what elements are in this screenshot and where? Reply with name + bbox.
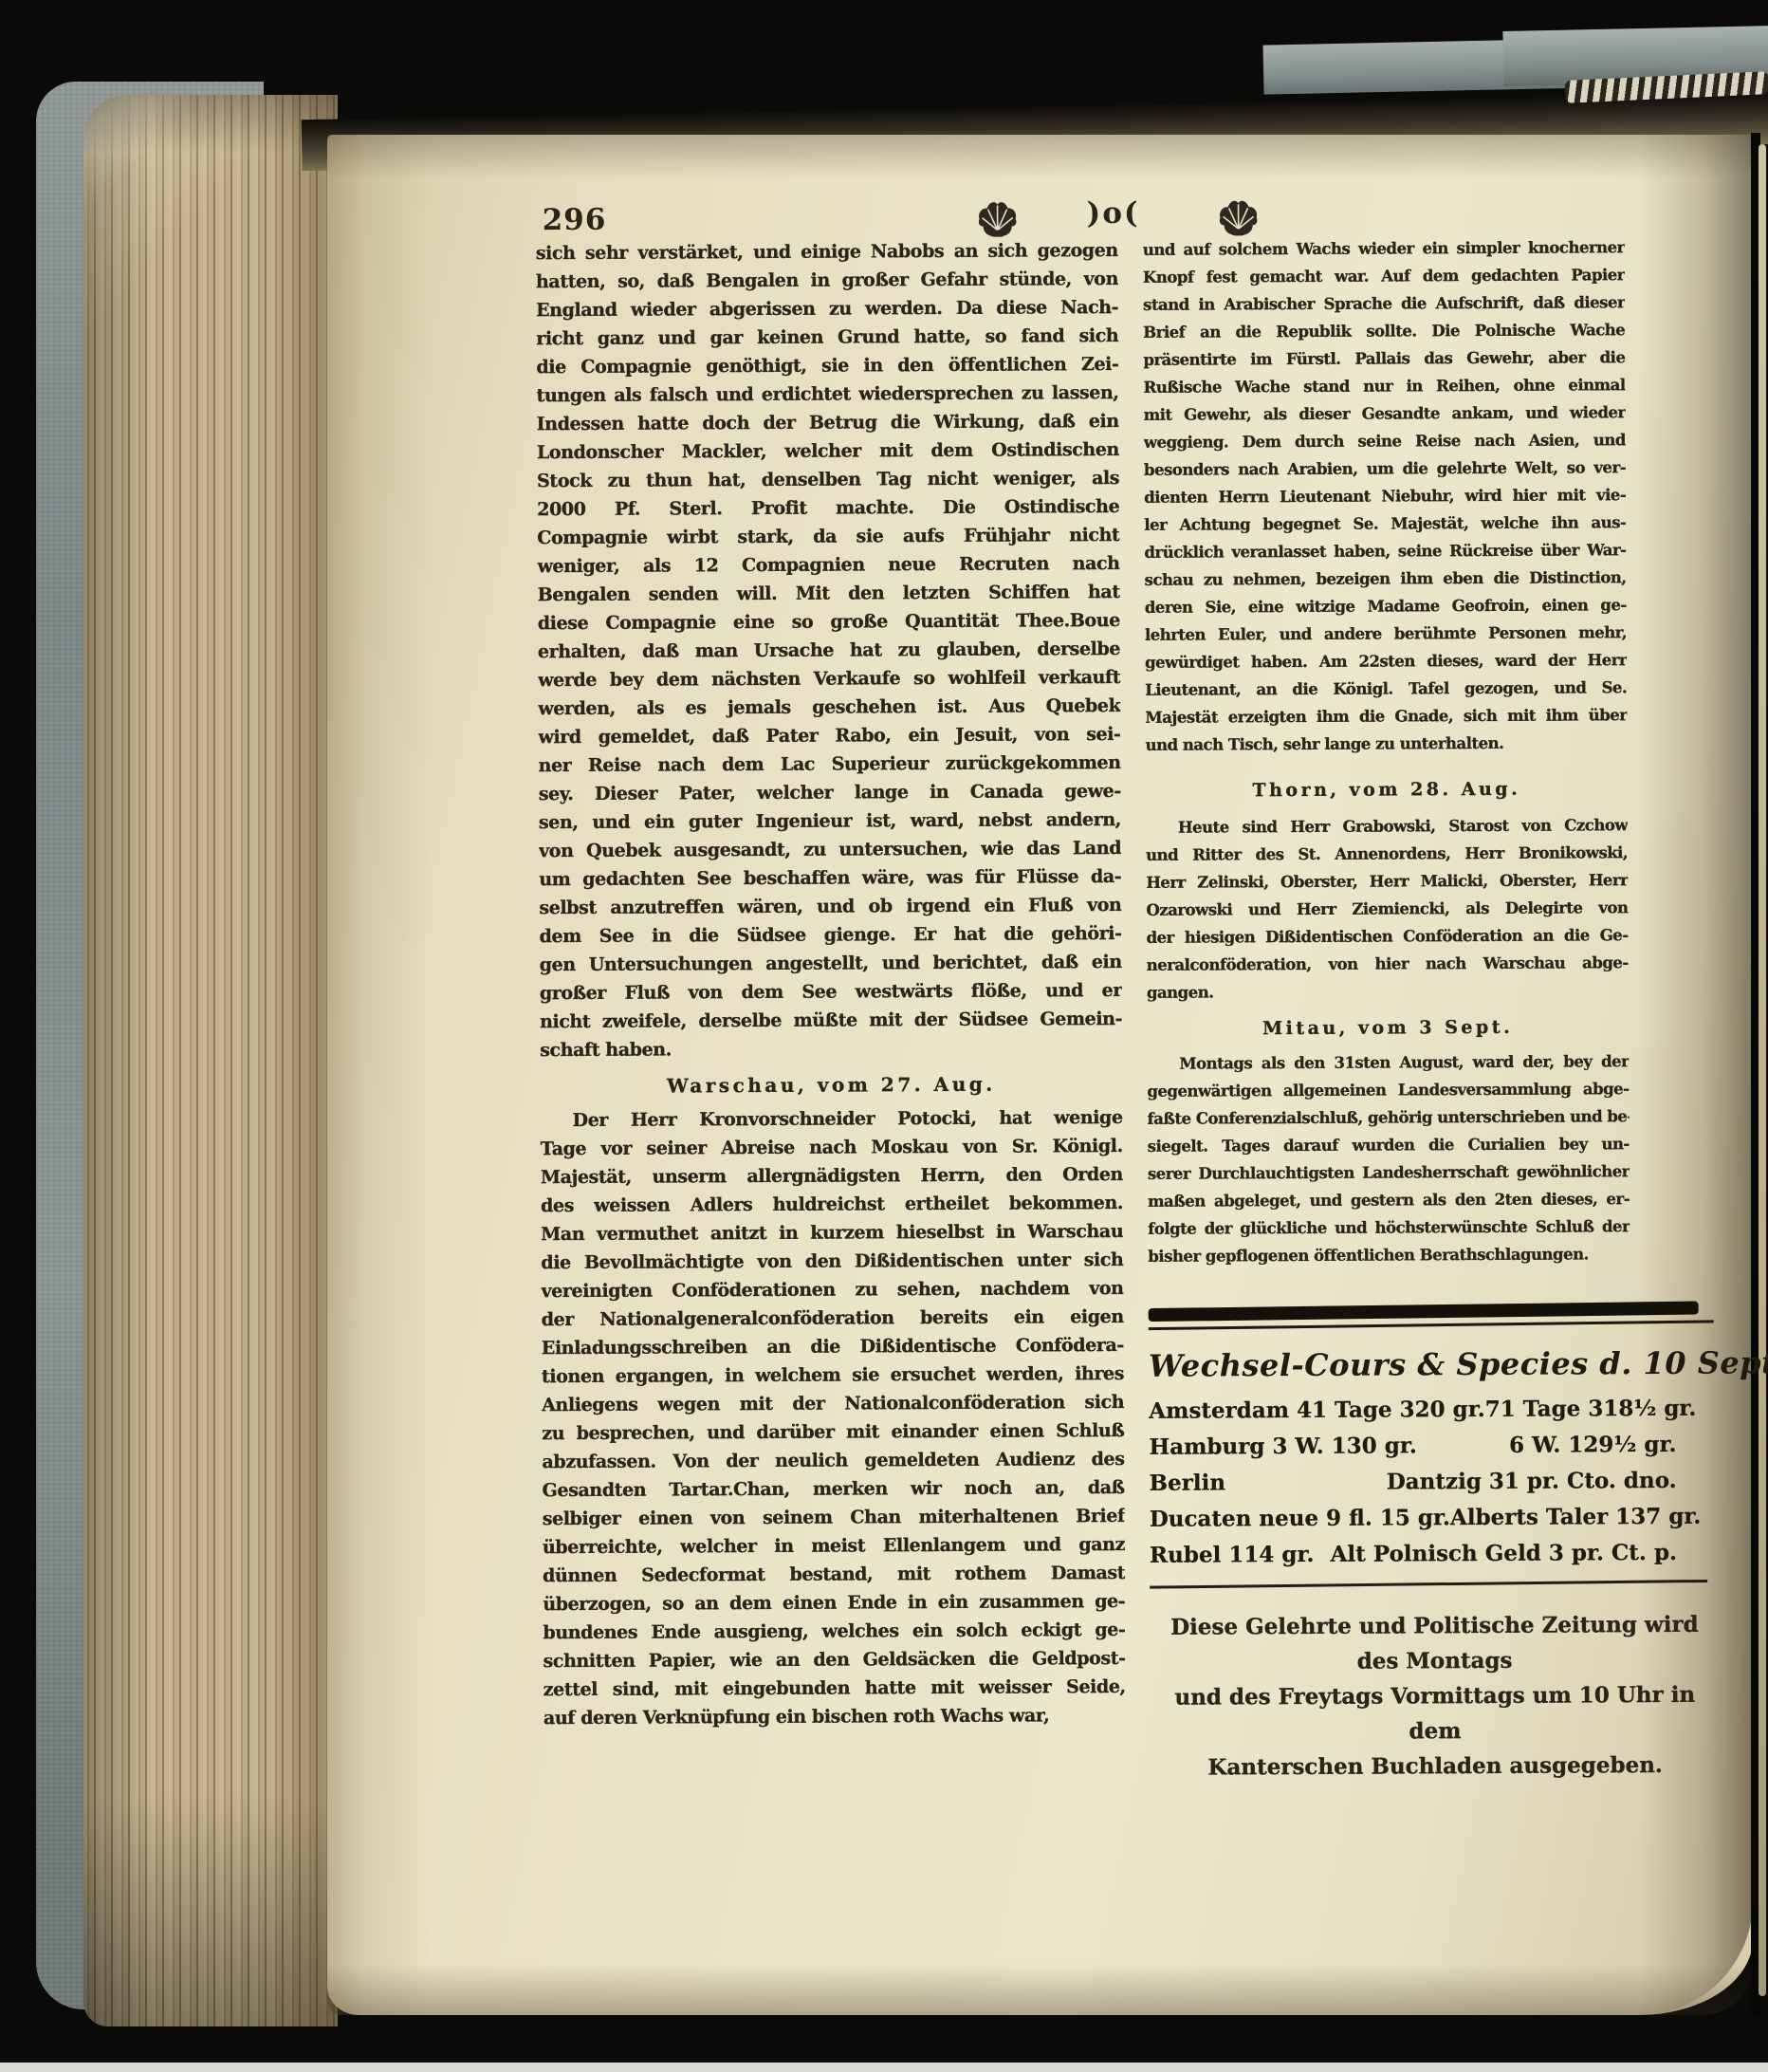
text-line: Einladungsschreiben an die Dißidentische… [542,1331,1124,1362]
text-line: von Quebek ausgesandt, zu untersuchen, w… [539,834,1121,865]
text-line: dienten Herrn Lieutenant Niebuhr, wird h… [1144,481,1626,511]
text-line: werden, als es jemals geschehen ist. Aus… [538,692,1120,723]
exchange-left-value: Berlin [1150,1470,1226,1495]
text-line: auf deren Verknüpfung ein bischen roth W… [543,1701,1126,1732]
text-line: zettel sind, mit eingebunden hatte mit w… [543,1673,1126,1704]
page-number: 296 [543,203,607,237]
fleuron-icon [1218,197,1260,237]
exchange-title: Wechsel-Cours & Species d. 10 Sept. 1767… [1149,1344,1718,1385]
text-line: und auf solchem Wachs wieder ein simpler… [1143,233,1625,264]
text-line: Majestät, unserm allergnädigsten Herrn, … [541,1160,1123,1192]
exchange-left-value: Hamburg 3 W. 130 gr. [1149,1433,1417,1459]
text-line: besonders nach Arabien, um die gelehrte … [1144,453,1626,484]
text-line: hatten, so, daß Bengalen in großer Gefah… [536,265,1118,296]
text-line: des weissen Adlers huldreichst ertheilet… [541,1189,1123,1220]
text-line: mit Gewehr, als dieser Gesandte ankam, u… [1144,398,1626,429]
text-line: Ozarowski und Herr Ziemiencki, als Deleg… [1146,894,1628,924]
text-line: vereinigten Conföderationen zu sehen, na… [541,1274,1123,1305]
imprint-line: Kanterschen Buchladen ausgegeben. [1151,1748,1720,1785]
text-line: Indessen hatte doch der Betrug die Wirku… [537,407,1119,438]
text-line: weniger, als 12 Compagnien neue Recruten… [537,549,1119,581]
text-line: die Compagnie genöthigt, sie in den öffe… [536,350,1118,381]
exchange-right-value: Alberts Taler 137 gr. [1450,1503,1702,1529]
exchange-left-value: Rubel 114 gr. [1150,1541,1315,1567]
text-line: die Bevollmächtigte von den Dißidentisch… [541,1246,1123,1277]
text-line: selbst anzutreffen wären, und ob irgend … [539,891,1121,922]
text-line: abzufassen. Von der neulich gemeldeten A… [542,1445,1124,1476]
right-text-column: und auf solchem Wachs wieder ein simpler… [1143,233,1630,1318]
text-line: gen Untersuchungen angestellt, und beric… [540,948,1122,979]
exchange-row: Ducaten neue 9 fl. 15 gr.Alberts Taler 1… [1150,1498,1677,1537]
text-line: drücklich veranlasset haben, seine Rückr… [1144,536,1626,566]
text-line: ler Achtung begegnet Se. Majestät, welch… [1144,509,1626,539]
text-line: dem See in die Südsee gienge. Er hat die… [540,919,1122,951]
text-line: und nach Tisch, sehr lange zu unterhalte… [1145,729,1627,759]
imprint-line: Diese Gelehrte und Politische Zeitung wi… [1150,1607,1719,1680]
text-line: faßte Conferenzialschluß, gehörig unters… [1148,1102,1630,1133]
exchange-right-value: 6 W. 129½ gr. [1509,1431,1677,1457]
text-line: Bengalen senden will. Mit den letzten Sc… [538,578,1120,609]
text-line: sen, und ein guter Ingenieur ist, ward, … [539,805,1121,837]
text-line: Heute sind Herr Grabowski, Starost von C… [1146,811,1628,842]
text-line: werde bey dem nächsten Verkaufe so wohlf… [538,663,1120,694]
text-line: diese Compagnie eine so große Quantität … [538,606,1120,638]
exchange-left-value: Ducaten neue 9 fl. 15 gr. [1150,1505,1450,1532]
text-line: um gedachten See beschaffen wäre, was fü… [539,862,1121,894]
text-line: präsentirte im Fürstl. Pallais das Geweh… [1143,343,1625,374]
exchange-right-value: Alt Polnisch Geld 3 pr. Ct. p. [1331,1539,1678,1566]
text-line: der hiesigen Dißidentischen Conföderatio… [1147,921,1629,952]
text-line: der Nationalgeneralconföderation bereits… [542,1303,1124,1334]
text-line: sich sehr verstärket, und einige Nabobs … [536,236,1118,268]
text-line: 2000 Pf. Sterl. Profit machte. Die Ostin… [537,492,1119,524]
text-line: schnitten Papier, wie an den Geldsäcken … [543,1644,1126,1675]
text-line: sey. Dieser Pater, welcher lange in Cana… [539,777,1121,808]
text-line: bundenes Ende ausgieng, welches ein solc… [543,1616,1125,1647]
imprint-line: und des Freytags Vormittags um 10 Uhr in… [1151,1677,1720,1750]
column-heading: Warschau, vom 27. Aug. [540,1067,1122,1102]
text-line: maßen abgeleget, und gestern als den 2te… [1148,1185,1630,1215]
text-line: Knopf fest gemacht war. Auf dem gedachte… [1143,261,1625,291]
text-line: nicht zweifele, derselbe müßte mit der S… [540,1005,1122,1036]
left-text-column: sich sehr verstärket, und einige Nabobs … [536,236,1126,1757]
text-line: Montags als den 31sten August, ward der,… [1147,1047,1629,1078]
text-line: richt ganz und gar keinen Grund hatte, s… [536,322,1118,353]
text-line: Anliegens wegen mit der Nationalconföder… [542,1388,1124,1419]
exchange-course-block: Wechsel-Cours & Species d. 10 Sept. 1767… [1149,1304,1721,1785]
text-line: gangen. [1147,976,1629,1007]
text-line: wird gemeldet, daß Pater Rabo, ein Jesui… [538,720,1120,751]
text-line: deren Sie, eine witzige Madame Geofroin,… [1145,591,1627,621]
thin-rule [1150,1580,1707,1589]
text-line: stand in Arabischer Sprache die Aufschri… [1143,288,1625,319]
text-line: Gesandten Tartar.Chan, merken wir noch a… [543,1473,1125,1505]
text-line: neralconföderation, von hier nach Warsch… [1147,949,1629,979]
text-line: zu besprechen, und darüber mit einander … [542,1416,1124,1448]
text-line: erhalten, daß man Ursache hat zu glauben… [538,635,1120,666]
text-line: großer Fluß von dem See westwärts flöße,… [540,976,1122,1008]
text-line: überreichte, welcher in meist Ellenlange… [543,1530,1125,1562]
exchange-right-value: Dantzig 31 pr. Cto. dno. [1387,1467,1677,1494]
text-line: tionen ergangen, in welchem sie ersuchet… [542,1360,1124,1391]
text-line: Londonscher Mackler, welcher mit dem Ost… [537,435,1119,467]
text-line: Brief an die Republik sollte. Die Polnis… [1143,316,1625,346]
exchange-row: BerlinDantzig 31 pr. Cto. dno. [1150,1462,1677,1501]
text-line: selbiger einen von seinem Chan miterhalt… [543,1502,1125,1533]
text-line: gewürdiget haben. Am 22sten dieses, ward… [1145,646,1627,676]
text-line: überzogen, so an dem einen Ende in ein z… [543,1587,1125,1619]
text-line: Man vermuthet anitzt in kurzem hieselbst… [541,1217,1123,1249]
exchange-row: Rubel 114 gr.Alt Polnisch Geld 3 pr. Ct.… [1150,1534,1677,1573]
text-line: bisher gepflogenen öffentlichen Berathsc… [1148,1240,1630,1270]
text-line: weggieng. Dem durch seine Reise nach Asi… [1144,426,1626,456]
text-line: Herr Zelinski, Oberster, Herr Malicki, O… [1146,866,1628,897]
text-line: serer Durchlauchtigsten Landesherrschaft… [1148,1157,1630,1188]
text-line: tungen als falsch und erdichtet wiedersp… [537,379,1119,410]
text-line: Compagnie wirbt stark, da sie aufs Frühj… [537,521,1119,552]
exchange-row: Amsterdam 41 Tage 320 gr.71 Tage 318½ gr… [1149,1390,1676,1429]
text-line: folgte der glückliche und höchsterwünsch… [1148,1212,1630,1243]
text-line: Rußische Wache stand nur in Reihen, ohne… [1143,371,1625,401]
text-line: England wieder abgerissen zu werden. Da … [536,293,1118,324]
text-line: gegenwärtigen allgemeinen Landesversamml… [1147,1075,1629,1105]
text-line: schaft haben. [540,1033,1122,1064]
text-line: und Ritter des St. Annenordens, Herr Bro… [1146,839,1628,869]
exchange-row: Hamburg 3 W. 130 gr.6 W. 129½ gr. [1149,1426,1676,1465]
text-line: siegelt. Tages darauf wurden die Curiali… [1148,1130,1630,1160]
text-line: Lieutenant, an die Königl. Tafel gezogen… [1145,674,1627,704]
column-heading: Thorn, vom 28. Aug. [1146,773,1628,806]
text-line: dünnen Sedecformat bestand, mit rothem D… [543,1559,1125,1590]
exchange-right-value: 71 Tage 318½ gr. [1485,1395,1697,1421]
column-heading: Mitau, vom 3 Sept. [1147,1011,1629,1045]
text-line: schau zu nehmen, bezeigen ihm eben die D… [1145,564,1627,594]
text-line: Tage vor seiner Abreise nach Moskau von … [541,1132,1123,1163]
thin-rule [1149,1320,1714,1330]
exchange-left-value: Amsterdam 41 Tage 320 gr. [1149,1396,1485,1423]
text-line: Der Herr Kronvorschneider Potocki, hat w… [541,1103,1123,1135]
text-line: lehrten Euler, und andere berühmte Perso… [1145,619,1627,649]
header-section-mark: )o( [1087,196,1140,231]
imprint-notice: Diese Gelehrte und Politische Zeitung wi… [1150,1607,1720,1785]
book-scan-photo: 296 )o( sich sehr vers [0,0,1768,2072]
text-line: Stock zu thun hat, denselben Tag nicht w… [537,464,1119,495]
exchange-table: Amsterdam 41 Tage 320 gr.71 Tage 318½ gr… [1149,1390,1677,1573]
text-line: Majestät erzeigten ihm die Gnade, sich m… [1145,701,1627,731]
text-line: ner Reise nach dem Lac Superieur zurückg… [539,749,1121,780]
fleuron-icon [977,199,1019,239]
printed-page-content: 296 )o( sich sehr vers [0,0,1768,2072]
